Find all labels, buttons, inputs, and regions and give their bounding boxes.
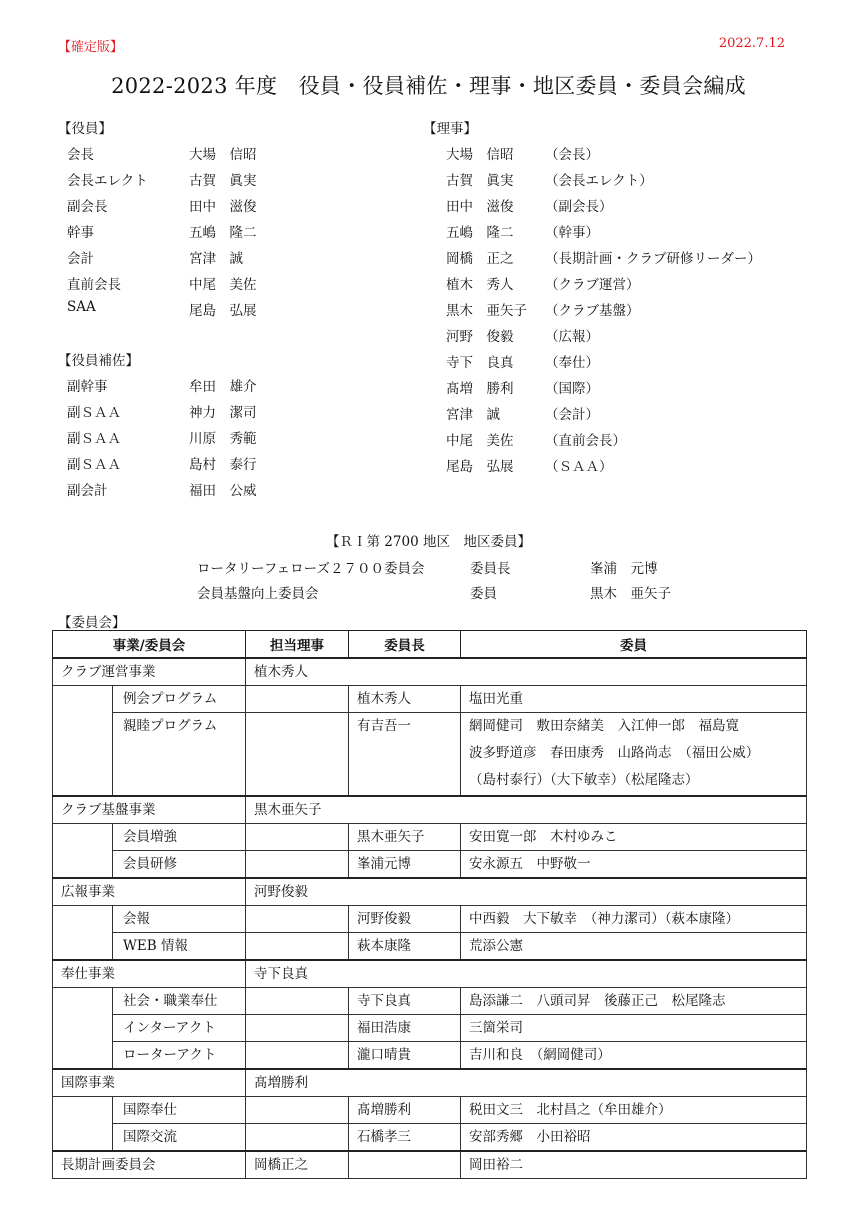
director-role: （幹事） [545,221,599,241]
subcommittee-chair: 福田浩康 [349,1015,461,1042]
director-role: （奉仕） [545,351,599,371]
table-group-row: クラブ運営事業 植木秀人 [53,658,807,686]
table-group-row: クラブ基盤事業 黒木亜矢子 [53,796,807,824]
table-group-row: 国際事業 髙増勝利 [53,1069,807,1097]
subcommittee-chair: 髙増勝利 [349,1097,461,1124]
table-row: 会員増強 黒木亜矢子 安田寛一郎 木村ゆみこ [53,824,807,851]
member-line: （島村泰行）（大下敏幸）（松尾隆志） [469,767,798,794]
subcommittee-members: 安永源五 中野敬一 [461,851,807,879]
group-name: 奉仕事業 [53,960,246,988]
subcommittee-chair: 植木秀人 [349,686,461,713]
subcommittee-director [246,933,349,961]
subcommittee-members: 吉川和良 （網岡健司） [461,1042,807,1070]
district-committee: 会員基盤向上委員会 [197,582,319,602]
subcommittee-director [246,988,349,1015]
subcommittee-director [246,686,349,713]
subcommittee-name: 国際交流 [113,1124,246,1152]
assistants-heading: 【役員補佐】 [58,349,139,369]
group-director: 寺下良真 [246,960,807,988]
officer-role: 会計 [67,247,94,267]
assistant-name: 島村 泰行 [189,453,257,473]
subcommittee-chair: 寺下良真 [349,988,461,1015]
director-name: 黒木 亜矢子 [446,299,527,319]
director-role: （国際） [545,377,599,397]
directors-heading: 【理事】 [423,117,477,137]
table-row: WEB 情報 萩本康隆 荒添公憲 [53,933,807,961]
director-name: 田中 滋俊 [446,195,514,215]
subcommittee-chair: 瀧口晴貴 [349,1042,461,1070]
group-director: 植木秀人 [246,658,807,686]
subcommittee-members: 島添謙二 八頭司昇 後藤正己 松尾隆志 [461,988,807,1015]
table-row: 国際交流 石橋孝三 安部秀郷 小田裕昭 [53,1124,807,1152]
column-header-members: 委員 [461,631,807,659]
subcommittee-members: 安部秀郷 小田裕昭 [461,1124,807,1152]
subcommittee-members: 三箇栄司 [461,1015,807,1042]
table-group-row: 奉仕事業 寺下良真 [53,960,807,988]
subcommittee-name: 社会・職業奉仕 [113,988,246,1015]
subcommittee-name: WEB 情報 [113,933,246,961]
subcommittee-director [246,1097,349,1124]
director-role: （会計） [545,403,599,423]
assistant-role: 副ＳＡＡ [67,427,121,447]
director-name: 五嶋 隆二 [446,221,514,241]
group-director: 髙増勝利 [246,1069,807,1097]
table-row: 長期計画委員会 岡橋正之 岡田裕二 [53,1151,807,1179]
subcommittee-director [246,1042,349,1070]
officer-name: 田中 滋俊 [189,195,257,215]
director-role: （会長） [545,143,599,163]
director-role: （広報） [545,325,599,345]
assistant-name: 福田 公威 [189,479,257,499]
subcommittee-director [246,851,349,879]
director-name: 寺下 良真 [446,351,514,371]
officer-name: 尾島 弘展 [189,299,257,319]
subcommittee-chair: 河野俊毅 [349,906,461,933]
subcommittee-chair: 石橋孝三 [349,1124,461,1152]
document-date: 2022.7.12 [719,36,785,51]
officer-role: 幹事 [67,221,94,241]
group-name: 広報事業 [53,878,246,906]
table-row: インターアクト 福田浩康 三箇栄司 [53,1015,807,1042]
district-committee: ロータリーフェローズ２７００委員会 [197,557,424,577]
officer-role: SAA [67,299,96,315]
director-name: 岡橋 正之 [446,247,514,267]
director-role: （ＳＡＡ） [545,455,613,475]
director-name: 河野 俊毅 [446,325,514,345]
table-row: ローターアクト 瀧口晴貴 吉川和良 （網岡健司） [53,1042,807,1070]
director-name: 中尾 美佐 [446,429,514,449]
table-header-row: 事業/委員会 担当理事 委員長 委員 [53,631,807,659]
subcommittee-director [246,906,349,933]
subcommittee-chair: 黒木亜矢子 [349,824,461,851]
subcommittee-director [246,1124,349,1152]
director-role: （直前会長） [545,429,626,449]
subcommittee-members: 塩田光重 [461,686,807,713]
director-name: 尾島 弘展 [446,455,514,475]
officer-name: 大場 信昭 [189,143,257,163]
subcommittee-name: インターアクト [113,1015,246,1042]
director-name: 古賀 眞実 [446,169,514,189]
column-header-chair: 委員長 [349,631,461,659]
director-role: （副会長） [545,195,613,215]
subcommittee-members: 税田文三 北村昌之（牟田雄介） [461,1097,807,1124]
assistant-role: 副会計 [67,479,108,499]
assistant-role: 副ＳＡＡ [67,401,121,421]
subcommittee-name: 会報 [113,906,246,933]
assistant-name: 神力 潔司 [189,401,257,421]
subcommittee-chair: 萩本康隆 [349,933,461,961]
group-director: 黒木亜矢子 [246,796,807,824]
table-row: 会員研修 峯浦元博 安永源五 中野敬一 [53,851,807,879]
table-row: 社会・職業奉仕 寺下良真 島添謙二 八頭司昇 後藤正己 松尾隆志 [53,988,807,1015]
subcommittee-members: 安田寛一郎 木村ゆみこ [461,824,807,851]
director-name: 大場 信昭 [446,143,514,163]
subcommittee-name: 例会プログラム [113,686,246,713]
page-title: 2022-2023 年度 役員・役員補佐・理事・地区委員・委員会編成 [0,70,857,100]
subcommittee-director [246,1015,349,1042]
officer-name: 五嶋 隆二 [189,221,257,241]
director-role: （会長エレクト） [545,169,653,189]
district-member-name: 峯浦 元博 [590,557,658,577]
officer-role: 副会長 [67,195,108,215]
district-member-name: 黒木 亜矢子 [590,582,671,602]
table-group-row: 広報事業 河野俊毅 [53,878,807,906]
district-role: 委員 [470,582,497,602]
subcommittee-name: 会員増強 [113,824,246,851]
officer-name: 古賀 眞実 [189,169,257,189]
committee-chair [349,1151,461,1179]
member-line: 波多野道彦 春田康秀 山路尚志 （福田公威） [469,740,798,767]
assistant-name: 牟田 雄介 [189,375,257,395]
officer-role: 直前会長 [67,273,121,293]
subcommittee-chair: 有吉吾一 [349,713,461,797]
subcommittee-name: 親睦プログラム [113,713,246,797]
table-row: 例会プログラム 植木秀人 塩田光重 [53,686,807,713]
column-header-director: 担当理事 [246,631,349,659]
officers-heading: 【役員】 [58,117,112,137]
subcommittee-director [246,713,349,797]
committee-name: 長期計画委員会 [53,1151,246,1179]
district-heading: 【ＲＩ第 2700 地区 地区委員】 [0,530,857,550]
committees-heading: 【委員会】 [58,611,126,631]
director-role: （クラブ運営） [545,273,640,293]
subcommittee-members: 中西毅 大下敏幸 （神力潔司）（萩本康隆） [461,906,807,933]
subcommittee-name: 国際奉仕 [113,1097,246,1124]
assistant-name: 川原 秀範 [189,427,257,447]
assistant-role: 副幹事 [67,375,108,395]
committee-members: 岡田裕二 [461,1151,807,1179]
director-name: 植木 秀人 [446,273,514,293]
table-row: 会報 河野俊毅 中西毅 大下敏幸 （神力潔司）（萩本康隆） [53,906,807,933]
subcommittee-director [246,824,349,851]
group-name: クラブ基盤事業 [53,796,246,824]
officer-role: 会長エレクト [67,169,148,189]
member-line: 網岡健司 敷田奈緒美 入江伸一郎 福島寛 [469,713,798,740]
director-role: （長期計画・クラブ研修リーダー） [545,247,761,267]
subcommittee-chair: 峯浦元博 [349,851,461,879]
director-role: （クラブ基盤） [545,299,640,319]
status-label: 【確定版】 [58,36,123,55]
district-role: 委員長 [470,557,511,577]
table-row: 親睦プログラム 有吉吾一 網岡健司 敷田奈緒美 入江伸一郎 福島寛 波多野道彦 … [53,713,807,797]
committee-table: 事業/委員会 担当理事 委員長 委員 クラブ運営事業 植木秀人 例会プログラム … [52,630,807,1179]
director-name: 髙増 勝利 [446,377,514,397]
group-name: クラブ運営事業 [53,658,246,686]
director-name: 宮津 誠 [446,403,500,423]
officer-name: 中尾 美佐 [189,273,257,293]
group-name: 国際事業 [53,1069,246,1097]
group-director: 河野俊毅 [246,878,807,906]
subcommittee-members: 網岡健司 敷田奈緒美 入江伸一郎 福島寛 波多野道彦 春田康秀 山路尚志 （福田… [461,713,807,797]
subcommittee-name: 会員研修 [113,851,246,879]
subcommittee-members: 荒添公憲 [461,933,807,961]
officer-name: 宮津 誠 [189,247,243,267]
column-header-committee: 事業/委員会 [53,631,246,659]
officer-role: 会長 [67,143,94,163]
committee-director: 岡橋正之 [246,1151,349,1179]
subcommittee-name: ローターアクト [113,1042,246,1070]
table-row: 国際奉仕 髙増勝利 税田文三 北村昌之（牟田雄介） [53,1097,807,1124]
assistant-role: 副ＳＡＡ [67,453,121,473]
